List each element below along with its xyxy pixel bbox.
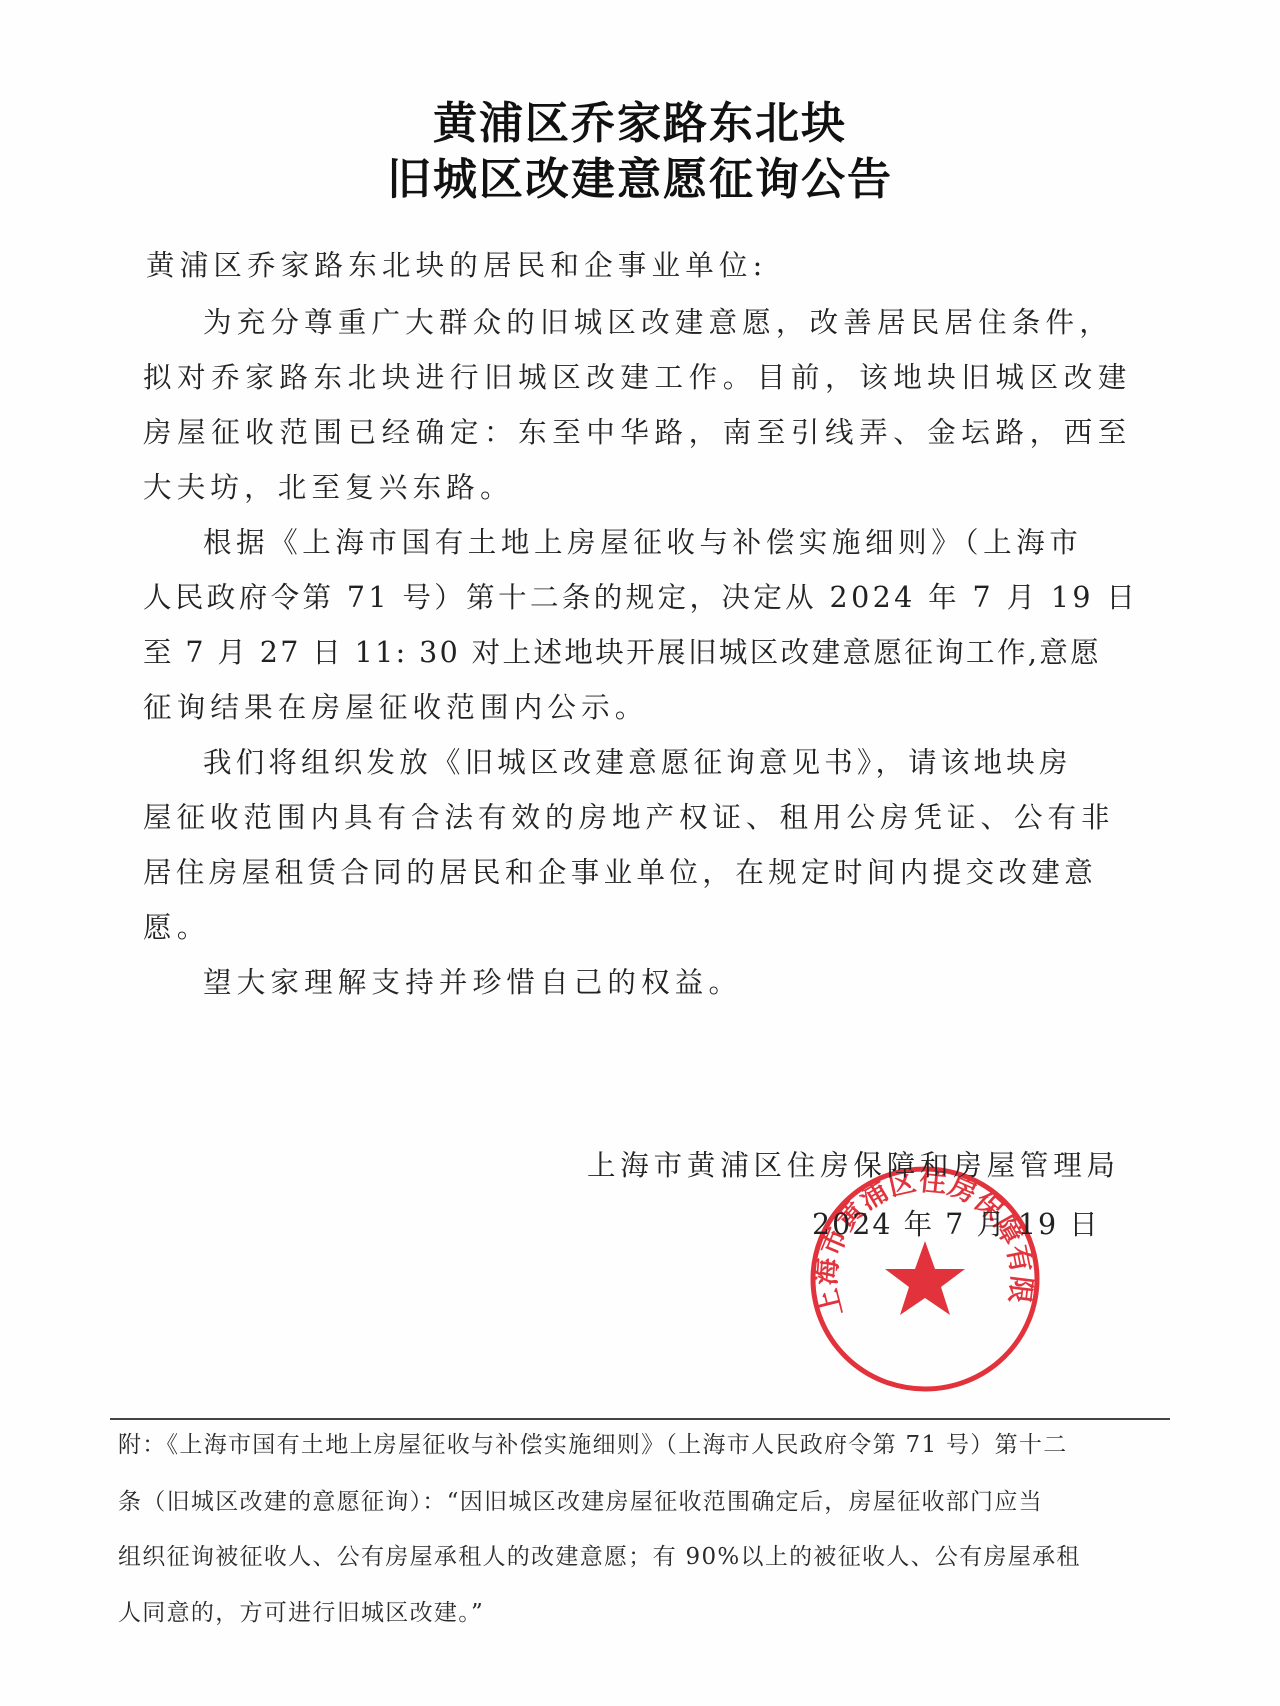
paragraph-line: 房屋征收范围已经确定：东至中华路，南至引线弄、金坛路，西至 xyxy=(143,413,1132,453)
footnote-line: 条（旧城区改建的意愿征询）：“因旧城区改建房屋征收范围确定后，房屋征收部门应当 xyxy=(118,1486,1043,1518)
paragraph-line: 愿。 xyxy=(143,908,210,948)
paragraph-line: 居住房屋租赁合同的居民和企事业单位，在规定时间内提交改建意 xyxy=(143,853,1097,893)
paragraph-line: 拟对乔家路东北块进行旧城区改建工作。目前，该地块旧城区改建 xyxy=(143,358,1132,398)
paragraph-line: 屋征收范围内具有合法有效的房地产权证、租用公房凭证、公有非 xyxy=(143,798,1115,838)
paragraph-line: 征询结果在房屋征收范围内公示。 xyxy=(143,688,649,728)
star-icon xyxy=(885,1241,965,1315)
paragraph-line: 我们将组织发放《旧城区改建意愿征询意见书》，请该地块房 xyxy=(203,743,1072,783)
paragraph-line: 根据《上海市国有土地上房屋征收与补偿实施细则》（上海市 xyxy=(203,523,1082,563)
paragraph-line: 望大家理解支持并珍惜自己的权益。 xyxy=(203,963,742,1003)
salutation: 黄浦区乔家路东北块的居民和企事业单位: xyxy=(146,246,767,286)
footnote-divider xyxy=(110,1418,1170,1420)
official-seal-stamp: 上海市黄浦区住房保障有限公司 xyxy=(805,1163,1045,1395)
footnote-line: 组织征询被征收人、公有房屋承租人的改建意愿；有 90%以上的被征收人、公有房屋承… xyxy=(118,1541,1081,1573)
paragraph-line: 至 7 月 27 日 11: 30 对上述地块开展旧城区改建意愿征询工作,意愿 xyxy=(143,633,1101,673)
footnote-line: 附：《上海市国有土地上房屋征收与补偿实施细则》（上海市人民政府令第 71 号）第… xyxy=(118,1429,1068,1461)
issue-date: 2024 年 7 月 19 日 xyxy=(812,1205,1100,1245)
paragraph-line: 为充分尊重广大群众的旧城区改建意愿，改善居民居住条件， xyxy=(203,303,1113,343)
issuer-signature: 上海市黄浦区住房保障和房屋管理局 xyxy=(587,1146,1120,1186)
title-line-2: 旧城区改建意愿征询公告 xyxy=(0,152,1280,208)
title-line-1: 黄浦区乔家路东北块 xyxy=(0,96,1280,152)
paragraph-line: 大夫坊，北至复兴东路。 xyxy=(143,468,514,508)
paragraph-line: 人民政府令第 71 号）第十二条的规定，决定从 2024 年 7 月 19 日 xyxy=(143,578,1138,618)
footnote-line: 人同意的，方可进行旧城区改建。” xyxy=(118,1597,484,1629)
notice-page: 黄浦区乔家路东北块 旧城区改建意愿征询公告 黄浦区乔家路东北块的居民和企事业单位… xyxy=(0,0,1280,1706)
